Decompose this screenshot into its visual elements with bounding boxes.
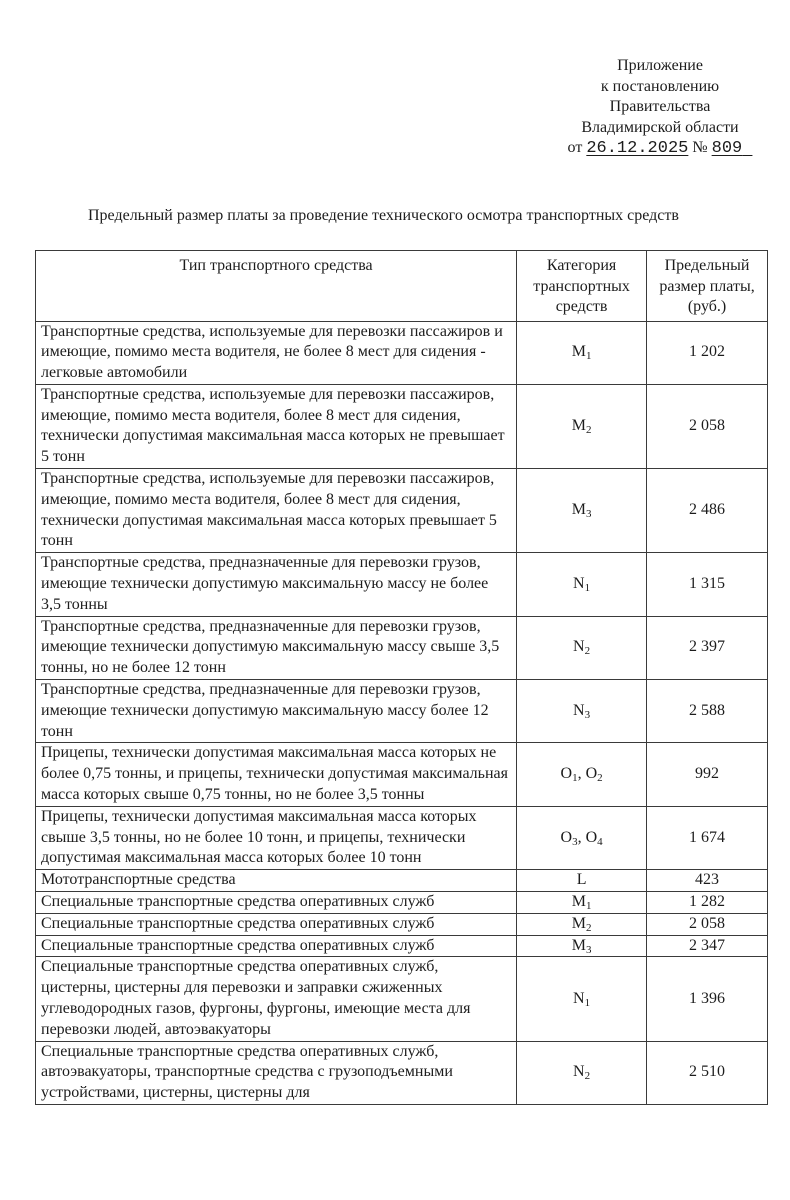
vehicle-type-cell: Прицепы, технически допустимая максималь… (36, 806, 517, 869)
category-cell: L (517, 870, 647, 892)
table-header-row: Тип транспортного средства Категория тра… (36, 251, 768, 322)
table-row: Специальные транспортные средства операт… (36, 935, 768, 957)
category-cell: M2 (517, 913, 647, 935)
category-cell: O1, O2 (517, 743, 647, 806)
vehicle-type-cell: Специальные транспортные средства операт… (36, 957, 517, 1041)
vehicle-type-cell: Прицепы, технически допустимая максималь… (36, 743, 517, 806)
fee-cell: 2 347 (647, 935, 768, 957)
table-row: Транспортные средства, предназначенные д… (36, 680, 768, 743)
appendix-line: Правительства (530, 97, 790, 118)
category-cell: N2 (517, 616, 647, 679)
fee-cell: 1 315 (647, 553, 768, 616)
table-row: Транспортные средства, предназначенные д… (36, 553, 768, 616)
fee-cell: 1 282 (647, 892, 768, 914)
fee-cell: 2 510 (647, 1041, 768, 1104)
table-row: Прицепы, технически допустимая максималь… (36, 743, 768, 806)
vehicle-type-cell: Специальные транспортные средства операт… (36, 913, 517, 935)
vehicle-type-cell: Транспортные средства, используемые для … (36, 321, 517, 384)
category-cell: N1 (517, 957, 647, 1041)
document-title: Предельный размер платы за проведение те… (88, 206, 788, 226)
table-row: Специальные транспортные средства операт… (36, 913, 768, 935)
number-prefix: № (692, 139, 707, 156)
resolution-number: 809 (712, 139, 743, 158)
table-row: Специальные транспортные средства операт… (36, 957, 768, 1041)
resolution-date: 26.12.2025 (586, 139, 688, 158)
category-cell: M1 (517, 321, 647, 384)
vehicle-type-cell: Транспортные средства, предназначенные д… (36, 680, 517, 743)
table-row: Транспортные средства, используемые для … (36, 469, 768, 553)
fee-cell: 2 588 (647, 680, 768, 743)
category-cell: N1 (517, 553, 647, 616)
header-vehicle-type: Тип транспортного средства (36, 251, 517, 322)
category-cell: M3 (517, 469, 647, 553)
vehicle-type-cell: Специальные транспортные средства операт… (36, 1041, 517, 1104)
category-cell: M2 (517, 384, 647, 468)
table-row: Мототранспортные средстваL423 (36, 870, 768, 892)
category-cell: M1 (517, 892, 647, 914)
fee-cell: 2 058 (647, 913, 768, 935)
table-row: Транспортные средства, предназначенные д… (36, 616, 768, 679)
fee-cell: 992 (647, 743, 768, 806)
table-body: Транспортные средства, используемые для … (36, 321, 768, 1104)
vehicle-type-cell: Транспортные средства, используемые для … (36, 384, 517, 468)
appendix-line: Владимирской области (530, 118, 790, 139)
fee-cell: 1 674 (647, 806, 768, 869)
fee-cell: 423 (647, 870, 768, 892)
category-cell: N2 (517, 1041, 647, 1104)
header-fee: Предельный размер платы, (руб.) (647, 251, 768, 322)
vehicle-type-cell: Транспортные средства, предназначенные д… (36, 616, 517, 679)
vehicle-type-cell: Мототранспортные средства (36, 870, 517, 892)
appendix-line: Приложение (530, 56, 790, 77)
category-cell: N3 (517, 680, 647, 743)
table-row: Специальные транспортные средства операт… (36, 892, 768, 914)
fee-cell: 1 396 (647, 957, 768, 1041)
header-category: Категория транспортных средств (517, 251, 647, 322)
vehicle-type-cell: Транспортные средства, используемые для … (36, 469, 517, 553)
fee-cell: 2 058 (647, 384, 768, 468)
fee-table: Тип транспортного средства Категория тра… (35, 250, 768, 1105)
appendix-line: к постановлению (530, 77, 790, 98)
vehicle-type-cell: Специальные транспортные средства операт… (36, 935, 517, 957)
table-row: Транспортные средства, используемые для … (36, 384, 768, 468)
table-row: Прицепы, технически допустимая максималь… (36, 806, 768, 869)
fee-cell: 1 202 (647, 321, 768, 384)
vehicle-type-cell: Специальные транспортные средства операт… (36, 892, 517, 914)
table-row: Специальные транспортные средства операт… (36, 1041, 768, 1104)
resolution-reference: от 26.12.2025 № 809 (530, 138, 790, 160)
appendix-header: Приложение к постановлению Правительства… (530, 56, 790, 160)
fee-cell: 2 486 (647, 469, 768, 553)
category-cell: M3 (517, 935, 647, 957)
table-row: Транспортные средства, используемые для … (36, 321, 768, 384)
vehicle-type-cell: Транспортные средства, предназначенные д… (36, 553, 517, 616)
fee-cell: 2 397 (647, 616, 768, 679)
category-cell: O3, O4 (517, 806, 647, 869)
date-prefix: от (568, 139, 583, 156)
